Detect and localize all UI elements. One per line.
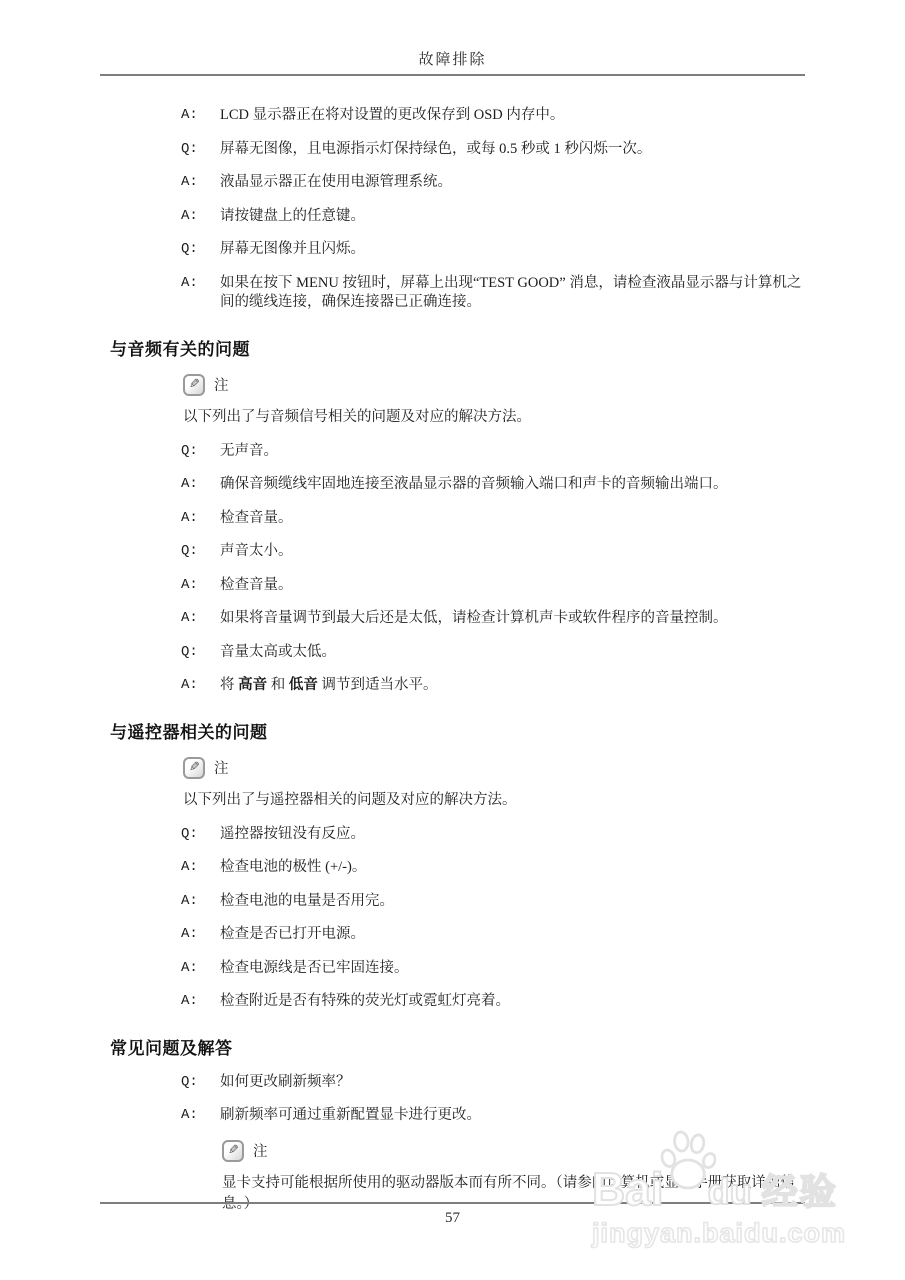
qa-text: 确保音频缆线牢固地连接至液晶显示器的音频输入端口和声卡的音频输出端口。 <box>220 475 810 495</box>
text-run: 和 <box>267 677 289 693</box>
qa-text: 如果在按下 MENU 按钮时，屏幕上出现“TEST GOOD” 消息，请检查液晶… <box>220 274 810 313</box>
qa-item: A:将 高音 和 低音 调节到适当水平。 <box>110 676 810 696</box>
watermark-url: jingyan.baidu.com <box>592 1218 892 1249</box>
qa-item: A:检查电源线是否已牢固连接。 <box>110 959 810 979</box>
qa-text: 将 高音 和 低音 调节到适当水平。 <box>220 676 810 696</box>
qa-label: Q: <box>181 643 220 663</box>
baidu-watermark: Bai du 经验 jingyan.baidu.com <box>592 1148 892 1249</box>
qa-label: A: <box>181 992 220 1012</box>
qa-item: A:检查音量。 <box>110 576 810 596</box>
qa-text: 如果将音量调节到最大后还是太低，请检查计算机声卡或软件程序的音量控制。 <box>220 609 810 629</box>
qa-label: A: <box>181 509 220 529</box>
qa-item: Q:屏幕无图像，且电源指示灯保持绿色，或每 0.5 秒或 1 秒闪烁一次。 <box>110 140 810 160</box>
watermark-jingyan: 经验 <box>762 1174 838 1210</box>
qa-item: A:液晶显示器正在使用电源管理系统。 <box>110 173 810 193</box>
qa-item: Q:无声音。 <box>110 442 810 462</box>
watermark-brand: Bai du 经验 <box>592 1148 892 1210</box>
qa-text: 如何更改刷新频率？ <box>220 1073 810 1093</box>
qa-label: Q: <box>181 542 220 562</box>
qa-text: 检查音量。 <box>220 576 810 596</box>
qa-label: A: <box>181 207 220 227</box>
qa-text: 液晶显示器正在使用电源管理系统。 <box>220 173 810 193</box>
qa-label: A: <box>181 106 220 126</box>
qa-label: A: <box>181 1106 220 1126</box>
note-label: 注 <box>253 1140 268 1161</box>
qa-text: 声音太小。 <box>220 542 810 562</box>
qa-item: Q:音量太高或太低。 <box>110 643 810 663</box>
header-divider <box>100 74 805 76</box>
qa-text: 遥控器按钮没有反应。 <box>220 825 810 845</box>
qa-item: A:刷新频率可通过重新配置显卡进行更改。 <box>110 1106 810 1126</box>
text-run: 调节到适当水平。 <box>318 677 438 693</box>
qa-item: Q:遥控器按钮没有反应。 <box>110 825 810 845</box>
qa-item: Q:如何更改刷新频率？ <box>110 1073 810 1093</box>
qa-text: 检查电源线是否已牢固连接。 <box>220 959 810 979</box>
qa-item: A:如果将音量调节到最大后还是太低，请检查计算机声卡或软件程序的音量控制。 <box>110 609 810 629</box>
qa-text: 屏幕无图像并且闪烁。 <box>220 240 810 260</box>
qa-label: A: <box>181 274 220 294</box>
qa-label: A: <box>181 858 220 878</box>
qa-item: A:检查是否已打开电源。 <box>110 925 810 945</box>
qa-text: LCD 显示器正在将对设置的更改保存到 OSD 内存中。 <box>220 106 810 126</box>
note-icon: ✎ <box>183 757 205 779</box>
qa-label: A: <box>181 173 220 193</box>
qa-label: Q: <box>181 240 220 260</box>
qa-label: Q: <box>181 442 220 462</box>
qa-text: 音量太高或太低。 <box>220 643 810 663</box>
note-icon: ✎ <box>183 374 205 396</box>
baidu-paw-icon <box>660 1129 716 1196</box>
qa-item: Q:声音太小。 <box>110 542 810 562</box>
note-label: 注 <box>214 757 229 778</box>
qa-label: A: <box>181 609 220 629</box>
watermark-bai: Bai <box>592 1169 664 1210</box>
emphasized-term: 低音 <box>289 677 318 693</box>
qa-item: A:检查附近是否有特殊的荧光灯或霓虹灯亮着。 <box>110 992 810 1012</box>
pencil-icon: ✎ <box>189 378 200 391</box>
qa-item: A:确保音频缆线牢固地连接至液晶显示器的音频输入端口和声卡的音频输出端口。 <box>110 475 810 495</box>
note-badge: ✎注 <box>183 757 810 779</box>
qa-label: A: <box>181 892 220 912</box>
note-badge: ✎注 <box>183 374 810 396</box>
note-icon: ✎ <box>222 1140 244 1162</box>
content: A:LCD 显示器正在将对设置的更改保存到 OSD 内存中。Q:屏幕无图像，且电… <box>110 106 810 1229</box>
qa-label: A: <box>181 576 220 596</box>
qa-text: 检查电池的电量是否用完。 <box>220 892 810 912</box>
qa-item: A:检查电池的电量是否用完。 <box>110 892 810 912</box>
note-label: 注 <box>214 374 229 395</box>
pencil-icon: ✎ <box>228 1144 239 1157</box>
qa-text: 屏幕无图像，且电源指示灯保持绿色，或每 0.5 秒或 1 秒闪烁一次。 <box>220 140 810 160</box>
qa-label: A: <box>181 676 220 696</box>
qa-text: 请按键盘上的任意键。 <box>220 207 810 227</box>
emphasized-term: 高音 <box>238 677 267 693</box>
qa-item: Q:屏幕无图像并且闪烁。 <box>110 240 810 260</box>
qa-text: 检查音量。 <box>220 509 810 529</box>
text-run: 将 <box>220 677 238 693</box>
note-text: 以下列出了与遥控器相关的问题及对应的解决方法。 <box>183 790 808 811</box>
page-header-title: 故障排除 <box>0 48 905 69</box>
qa-text: 检查电池的极性 (+/-)。 <box>220 858 810 878</box>
qa-item: A:检查音量。 <box>110 509 810 529</box>
qa-item: A:请按键盘上的任意键。 <box>110 207 810 227</box>
qa-text: 无声音。 <box>220 442 810 462</box>
qa-item: A:LCD 显示器正在将对设置的更改保存到 OSD 内存中。 <box>110 106 810 126</box>
qa-text: 检查附近是否有特殊的荧光灯或霓虹灯亮着。 <box>220 992 810 1012</box>
qa-label: Q: <box>181 1073 220 1093</box>
note-text: 以下列出了与音频信号相关的问题及对应的解决方法。 <box>183 407 808 428</box>
pencil-icon: ✎ <box>189 761 200 774</box>
section-title: 与遥控器相关的问题 <box>110 718 810 743</box>
qa-item: A:如果在按下 MENU 按钮时，屏幕上出现“TEST GOOD” 消息，请检查… <box>110 274 810 313</box>
qa-text: 刷新频率可通过重新配置显卡进行更改。 <box>220 1106 810 1126</box>
qa-item: A:检查电池的极性 (+/-)。 <box>110 858 810 878</box>
qa-label: A: <box>181 959 220 979</box>
section-title: 与音频有关的问题 <box>110 335 810 360</box>
qa-label: A: <box>181 925 220 945</box>
qa-text: 检查是否已打开电源。 <box>220 925 810 945</box>
qa-label: Q: <box>181 140 220 160</box>
qa-label: Q: <box>181 825 220 845</box>
section-title: 常见问题及解答 <box>110 1034 810 1059</box>
qa-label: A: <box>181 475 220 495</box>
manual-page: 故障排除 A:LCD 显示器正在将对设置的更改保存到 OSD 内存中。Q:屏幕无… <box>0 0 905 1280</box>
